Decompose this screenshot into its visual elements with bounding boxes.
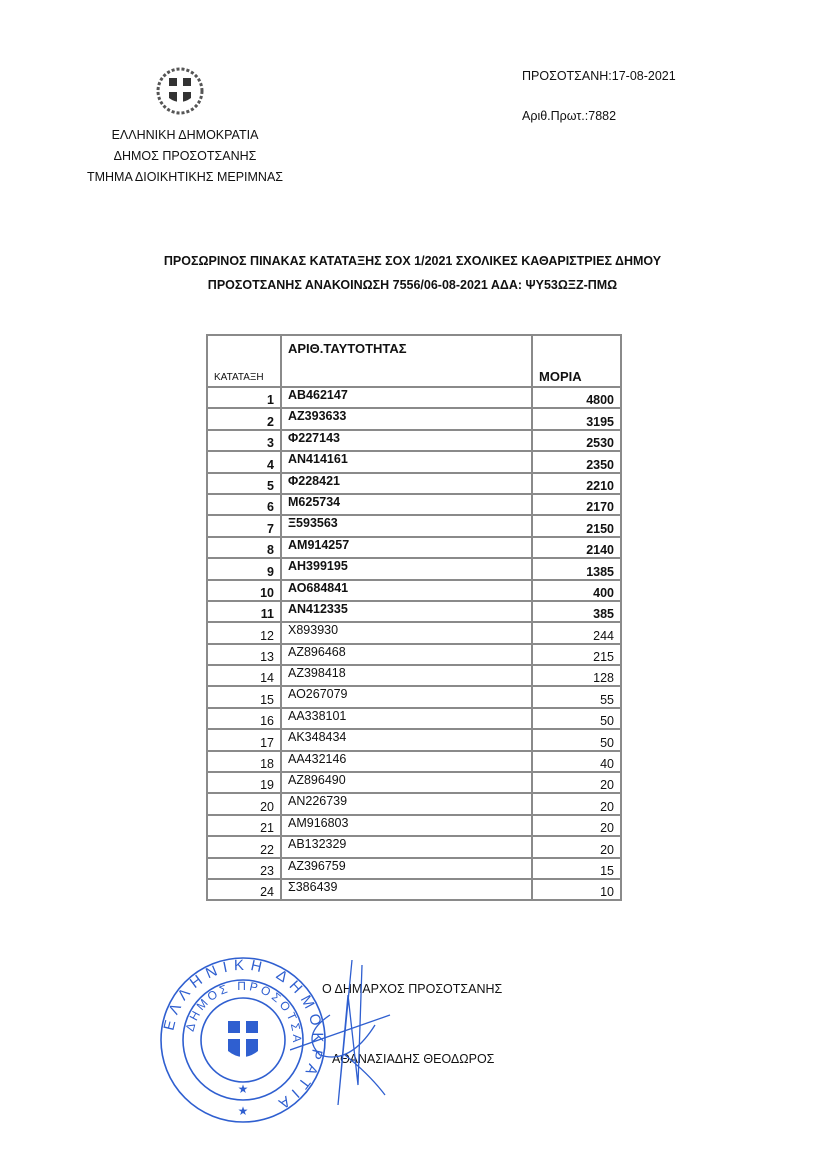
rank-cell: 14 [207, 665, 281, 686]
points-cell: 128 [532, 665, 621, 686]
points-cell: 20 [532, 772, 621, 793]
table-row: 6Μ6257342170 [207, 494, 621, 515]
table-row: 8ΑΜ9142572140 [207, 537, 621, 558]
rank-cell: 7 [207, 515, 281, 536]
title-line-2: ΠΡΟΣΟΤΣΑΝΗΣ ΑΝΑΚΟΙΝΩΣΗ 7556/06-08-2021 Α… [100, 273, 725, 297]
id-number-cell: ΑΗ399195 [281, 558, 532, 579]
id-number-cell: ΑΜ914257 [281, 537, 532, 558]
table-row: 4ΑΝ4141612350 [207, 451, 621, 472]
rank-cell: 5 [207, 473, 281, 494]
id-number-cell: ΑΝ412335 [281, 601, 532, 622]
handwritten-signature-icon [290, 955, 400, 1115]
points-cell: 2140 [532, 537, 621, 558]
table-row: 19ΑΖ89649020 [207, 772, 621, 793]
table-row: 7Ξ5935632150 [207, 515, 621, 536]
table-row: 15ΑΟ26707955 [207, 686, 621, 707]
points-cell: 215 [532, 644, 621, 665]
points-cell: 2150 [532, 515, 621, 536]
rank-cell: 10 [207, 580, 281, 601]
points-cell: 244 [532, 622, 621, 643]
points-cell: 1385 [532, 558, 621, 579]
id-number-cell: Φ228421 [281, 473, 532, 494]
table-row: 13ΑΖ896468215 [207, 644, 621, 665]
id-number-cell: ΑΑ432146 [281, 751, 532, 772]
table-row: 20ΑΝ22673920 [207, 793, 621, 814]
points-cell: 2350 [532, 451, 621, 472]
points-cell: 50 [532, 708, 621, 729]
rank-cell: 12 [207, 622, 281, 643]
table-row: 17ΑΚ34843450 [207, 729, 621, 750]
table-row: 16ΑΑ33810150 [207, 708, 621, 729]
org-line-department: ΤΜΗΜΑ ΔΙΟΙΚΗΤΙΚΗΣ ΜΕΡΙΜΝΑΣ [80, 167, 290, 188]
points-cell: 3195 [532, 408, 621, 429]
id-number-cell: ΑΖ393633 [281, 408, 532, 429]
table-row: 9ΑΗ3991951385 [207, 558, 621, 579]
points-cell: 2530 [532, 430, 621, 451]
table-row: 21ΑΜ91680320 [207, 815, 621, 836]
points-cell: 40 [532, 751, 621, 772]
rank-cell: 8 [207, 537, 281, 558]
header-rank: ΚΑΤΑΤΑΞΗ [207, 335, 281, 387]
points-cell: 10 [532, 879, 621, 900]
rank-cell: 20 [207, 793, 281, 814]
header-id-number: ΑΡΙΘ.ΤΑΥΤΟΤΗΤΑΣ [281, 335, 532, 387]
svg-text:★: ★ [238, 1082, 249, 1096]
table-row: 22ΑΒ13232920 [207, 836, 621, 857]
id-number-cell: ΑΝ414161 [281, 451, 532, 472]
rank-cell: 4 [207, 451, 281, 472]
points-cell: 385 [532, 601, 621, 622]
protocol-number: Αριθ.Πρωτ.:7882 [522, 109, 616, 123]
id-number-cell: Μ625734 [281, 494, 532, 515]
points-cell: 50 [532, 729, 621, 750]
id-number-cell: Σ386439 [281, 879, 532, 900]
table-row: 23ΑΖ39675915 [207, 858, 621, 879]
id-number-cell: ΑΜ916803 [281, 815, 532, 836]
rank-cell: 2 [207, 408, 281, 429]
id-number-cell: ΑΖ398418 [281, 665, 532, 686]
rank-cell: 9 [207, 558, 281, 579]
rank-cell: 22 [207, 836, 281, 857]
table-row: 14ΑΖ398418128 [207, 665, 621, 686]
header-points: ΜΟΡΙΑ [532, 335, 621, 387]
id-number-cell: ΑΒ462147 [281, 387, 532, 408]
rank-cell: 1 [207, 387, 281, 408]
issuing-organization: ΕΛΛΗΝΙΚΗ ΔΗΜΟΚΡΑΤΙΑ ΔΗΜΟΣ ΠΡΟΣΟΤΣΑΝΗΣ ΤΜ… [80, 125, 290, 188]
id-number-cell: ΑΝ226739 [281, 793, 532, 814]
coat-of-arms-icon [155, 66, 205, 116]
table-row: 12Χ893930244 [207, 622, 621, 643]
points-cell: 55 [532, 686, 621, 707]
id-number-cell: Φ227143 [281, 430, 532, 451]
id-number-cell: ΑΖ896468 [281, 644, 532, 665]
rank-cell: 15 [207, 686, 281, 707]
ranking-table: ΚΑΤΑΤΑΞΗ ΑΡΙΘ.ΤΑΥΤΟΤΗΤΑΣ ΜΟΡΙΑ 1ΑΒ462147… [206, 334, 622, 901]
rank-cell: 6 [207, 494, 281, 515]
rank-cell: 3 [207, 430, 281, 451]
points-cell: 15 [532, 858, 621, 879]
id-number-cell: ΑΑ338101 [281, 708, 532, 729]
table-row: 11ΑΝ412335385 [207, 601, 621, 622]
table-row: 5Φ2284212210 [207, 473, 621, 494]
id-number-cell: ΑΖ896490 [281, 772, 532, 793]
rank-cell: 18 [207, 751, 281, 772]
table-row: 1ΑΒ4621474800 [207, 387, 621, 408]
id-number-cell: ΑΟ267079 [281, 686, 532, 707]
place-date: ΠΡΟΣΟΤΣΑΝΗ:17-08-2021 [522, 69, 676, 83]
svg-text:★: ★ [238, 1104, 249, 1118]
id-number-cell: ΑΟ684841 [281, 580, 532, 601]
org-line-country: ΕΛΛΗΝΙΚΗ ΔΗΜΟΚΡΑΤΙΑ [80, 125, 290, 146]
points-cell: 4800 [532, 387, 621, 408]
id-number-cell: ΑΚ348434 [281, 729, 532, 750]
id-number-cell: ΑΖ396759 [281, 858, 532, 879]
table-row: 24Σ38643910 [207, 879, 621, 900]
document-title: ΠΡΟΣΩΡΙΝΟΣ ΠΙΝΑΚΑΣ ΚΑΤΑΤΑΞΗΣ ΣΟΧ 1/2021 … [100, 249, 725, 297]
id-number-cell: Ξ593563 [281, 515, 532, 536]
rank-cell: 21 [207, 815, 281, 836]
rank-cell: 13 [207, 644, 281, 665]
id-number-cell: Χ893930 [281, 622, 532, 643]
rank-cell: 24 [207, 879, 281, 900]
rank-cell: 16 [207, 708, 281, 729]
table-row: 3Φ2271432530 [207, 430, 621, 451]
table-row: 2ΑΖ3936333195 [207, 408, 621, 429]
table-row: 10ΑΟ684841400 [207, 580, 621, 601]
rank-cell: 17 [207, 729, 281, 750]
rank-cell: 19 [207, 772, 281, 793]
points-cell: 20 [532, 793, 621, 814]
rank-cell: 11 [207, 601, 281, 622]
title-line-1: ΠΡΟΣΩΡΙΝΟΣ ΠΙΝΑΚΑΣ ΚΑΤΑΤΑΞΗΣ ΣΟΧ 1/2021 … [100, 249, 725, 273]
org-line-municipality: ΔΗΜΟΣ ΠΡΟΣΟΤΣΑΝΗΣ [80, 146, 290, 167]
id-number-cell: ΑΒ132329 [281, 836, 532, 857]
table-row: 18ΑΑ43214640 [207, 751, 621, 772]
points-cell: 20 [532, 815, 621, 836]
points-cell: 2210 [532, 473, 621, 494]
table-header-row: ΚΑΤΑΤΑΞΗ ΑΡΙΘ.ΤΑΥΤΟΤΗΤΑΣ ΜΟΡΙΑ [207, 335, 621, 387]
points-cell: 400 [532, 580, 621, 601]
rank-cell: 23 [207, 858, 281, 879]
points-cell: 2170 [532, 494, 621, 515]
points-cell: 20 [532, 836, 621, 857]
